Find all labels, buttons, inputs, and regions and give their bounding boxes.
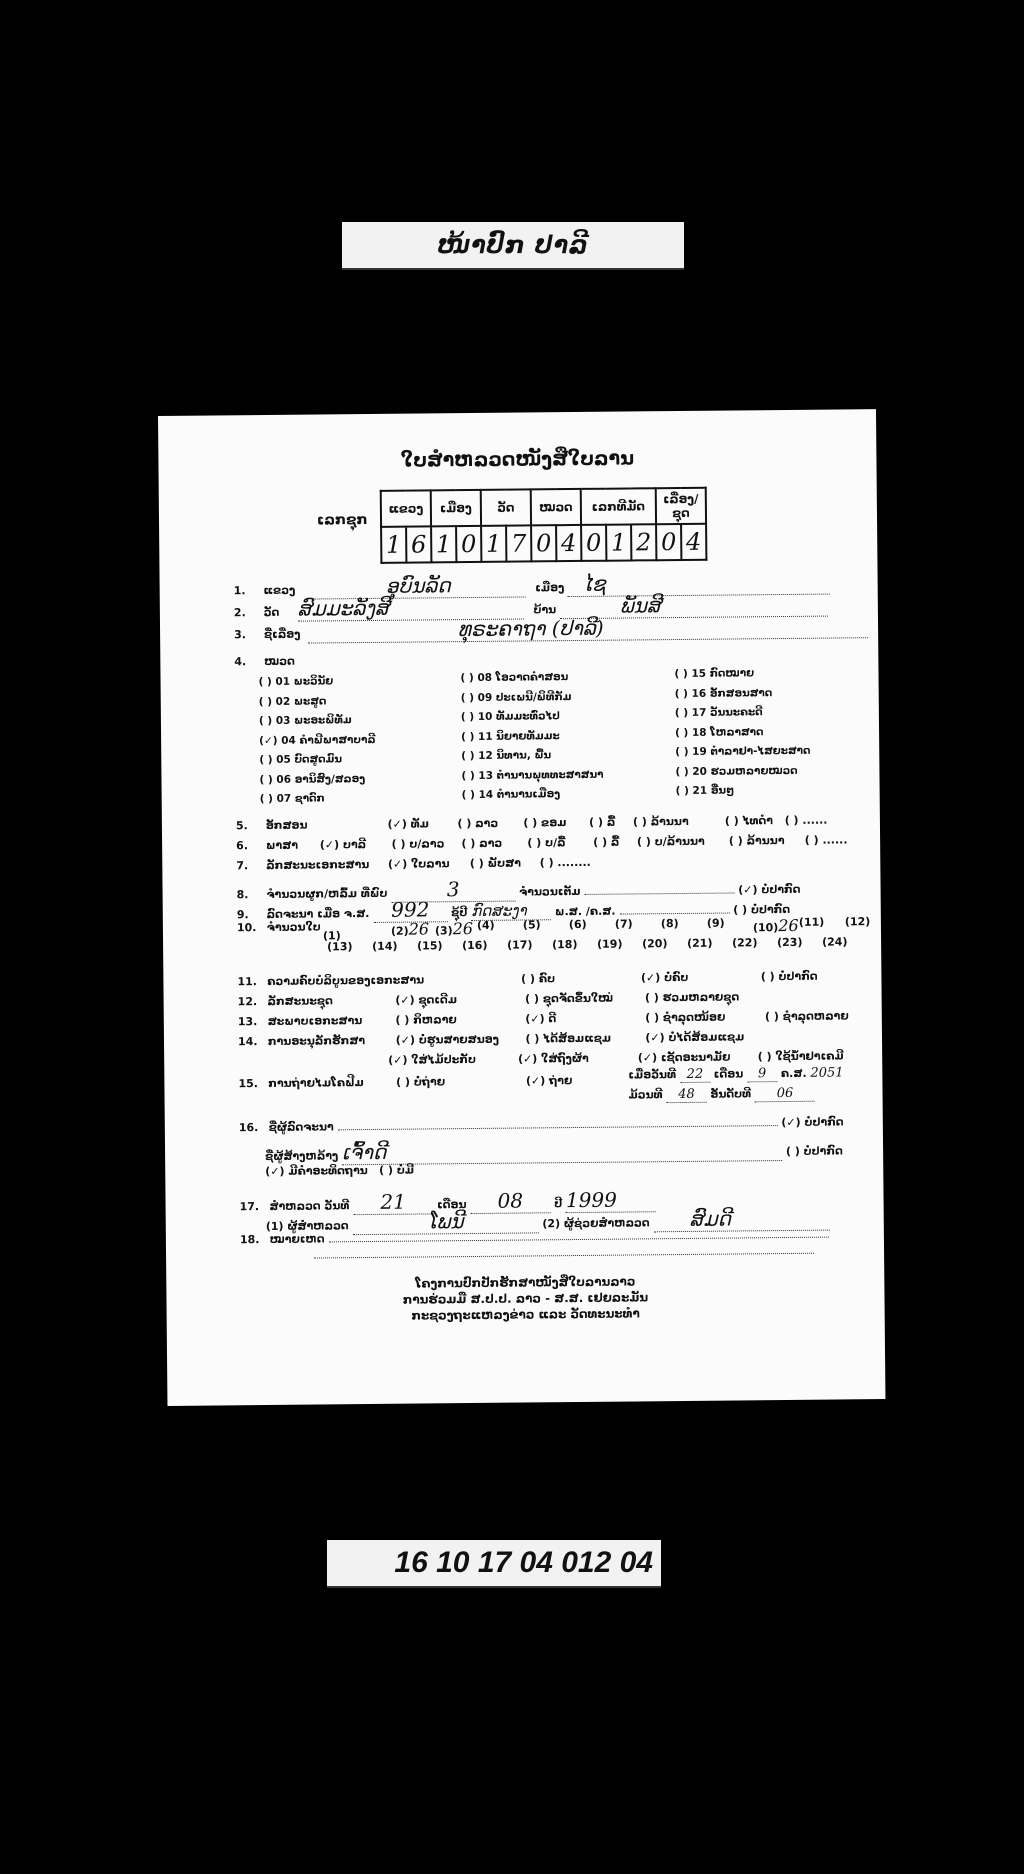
language-option[interactable]: ( ) ລື້ xyxy=(593,835,633,848)
condition-option[interactable]: (✓) ດີ xyxy=(525,1011,641,1025)
form-footer: ໂຄງການປົກປັກຮັກສາໜັງສືໃບລານລາວ ການຮ່ວມມື… xyxy=(166,1271,884,1326)
code-digit: 4 xyxy=(681,524,706,560)
field-completeness: 11. ຄວາມຄົບບໍລິບູນຂອງເອກະສານ ( ) ຄົບ (✓)… xyxy=(237,970,817,989)
field-conservation-row2: (✓) ໃສ່ໄມ້ປະກັບ (✓) ໃສ່ຖົງຜ້າ (✓) ເຊັດອະ… xyxy=(388,1049,844,1066)
category-option-09[interactable]: ( ) 09 ປະເພນີ/ພິທີກັມ xyxy=(461,687,603,708)
category-option-19[interactable]: ( ) 19 ຕຳລາຢາ-ໄສຍະສາດ xyxy=(675,742,810,763)
category-option-10[interactable]: ( ) 10 ທັມມະທົ່ວໄປ xyxy=(461,707,603,728)
conservation-option[interactable]: (✓) ເຊັດອະນາມັຍ xyxy=(638,1050,754,1064)
written-date-status[interactable]: ( ) ບໍ່ປາກົດ xyxy=(733,903,790,917)
category-option-16[interactable]: ( ) 16 ອັກສອນສາດ xyxy=(675,683,810,704)
form-title: ໃບສຳຫລວດໜັງສືໃບລານ xyxy=(158,445,876,474)
code-header-story: ເລື່ອງ/ຊຸດ xyxy=(656,488,706,524)
category-option-03[interactable]: ( ) 03 ພະອະພິທັມ xyxy=(259,711,376,732)
script-option[interactable]: ( ) ລື້ xyxy=(589,815,629,828)
conservation-option[interactable]: ( ) ໃຊ້ນ້ຳຢາເຄມີ xyxy=(758,1049,844,1063)
category-option-18[interactable]: ( ) 18 ໂຫລາສາດ xyxy=(675,722,810,743)
category-option-13[interactable]: ( ) 13 ຕຳນານພຸທທະສາສນາ xyxy=(461,765,603,786)
code-header-temple: ວັດ xyxy=(481,489,531,525)
order-number: 06 xyxy=(777,1086,794,1101)
conservation-option[interactable]: ( ) ໄດ້ສ້ອມແຊມ xyxy=(525,1031,641,1045)
set-type-option[interactable]: (✓) ຊຸດເດີມ xyxy=(395,993,521,1007)
category-option-20[interactable]: ( ) 20 ຮວມຫລາຍໝວດ xyxy=(675,761,810,782)
survey-form: ໃບສຳຫລວດໜັງສືໃບລານ ເລກຊຸກ ແຂວງ ເມືອງ ວັດ… xyxy=(158,409,885,1406)
surveyor-1: ໂພນີ xyxy=(427,1209,463,1233)
conservation-option[interactable]: (✓) ໃສ່ຖົງຜ້າ xyxy=(518,1051,634,1065)
condition-option[interactable]: ( ) ຊຳລຸດຫລາຍ xyxy=(765,1009,849,1023)
category-option-12[interactable]: ( ) 12 ນິທານ, ພື້ນ xyxy=(461,746,603,767)
category-option-08[interactable]: ( ) 08 ໂອວາດຄຳສອນ xyxy=(460,668,602,689)
microfilm-month: 9 xyxy=(758,1066,766,1081)
material-option[interactable]: (✓) ໃບລານ xyxy=(388,857,466,871)
category-option-21[interactable]: ( ) 21 ອື່ນໆ xyxy=(676,781,811,802)
field-script: 5. ອັກສອນ (✓) ທັມ ( ) ລາວ ( ) ຂອມ ( ) ລື… xyxy=(236,814,828,833)
category-option-07[interactable]: ( ) 07 ຊາດົກ xyxy=(260,789,377,810)
code-digit: 6 xyxy=(406,526,431,562)
code-digit: 4 xyxy=(556,525,581,561)
material-option[interactable]: ( ) ພັບສາ xyxy=(470,856,536,870)
title-value: ທຸຣະຄາຖາ (ປາລີ) xyxy=(308,613,868,643)
code-digit: 0 xyxy=(531,525,556,561)
field-language: 6. ພາສາ (✓) ບາລີ ( ) ບ/ລາວ ( ) ລາວ ( ) ບ… xyxy=(236,833,847,852)
category-col1[interactable]: ( ) 01 ພະວິນັຍ ( ) 02 ພະສູດ ( ) 03 ພະອະພ… xyxy=(258,672,376,810)
remarks-line-2[interactable] xyxy=(314,1253,814,1259)
category-col2[interactable]: ( ) 08 ໂອວາດຄຳສອນ ( ) 09 ປະເພນີ/ພິທີກັມ … xyxy=(460,668,603,806)
condition-option[interactable]: ( ) ຊຳລຸດໜ້ອຍ xyxy=(645,1010,761,1024)
code-header-category: ໝວດ xyxy=(531,489,581,525)
category-option-11[interactable]: ( ) 11 ນິຍາຍທັມມະ xyxy=(461,726,603,747)
conservation-option[interactable]: (✓) ບໍ່ຮູນສາຍສນອງ xyxy=(396,1033,522,1047)
category-option-15[interactable]: ( ) 15 ກົດໝາຍ xyxy=(674,664,809,685)
author-status[interactable]: (✓) ບໍ່ປາກົດ xyxy=(781,1115,843,1129)
roll-number: 48 xyxy=(678,1087,695,1102)
field-microfilm: 15. ການຖ່າຍໄມໂຄຟີມ ( ) ບໍ່ຖ່າຍ (✓) ຖ່າຍ xyxy=(238,1073,642,1090)
condition-option[interactable]: ( ) ກິຫລາຍ xyxy=(395,1013,521,1027)
completeness-option[interactable]: (✓) ບໍ່ຄົບ xyxy=(641,970,757,984)
surveyor-2: ສົມດີ xyxy=(689,1207,731,1231)
code-digit: 1 xyxy=(431,526,456,562)
field-sponsor: ຊື່ຜູ້ສ້າງຫລ້າງ ເຈົ້າດີ ( ) ບໍ່ປາກົດ xyxy=(265,1135,843,1166)
category-option-04[interactable]: (✓) 04 ຄຳພີພາສາບາລີ xyxy=(259,730,376,751)
language-option[interactable]: ( ) ບ/ລື້ xyxy=(527,836,589,850)
code-digit: 1 xyxy=(481,526,506,562)
conservation-option[interactable]: (✓) ໃສ່ໄມ້ປະກັບ xyxy=(388,1053,514,1067)
remarks-line-1[interactable] xyxy=(328,1237,828,1243)
code-digit: 1 xyxy=(381,527,406,563)
microfilm-day: 22 xyxy=(687,1067,704,1082)
category-option-17[interactable]: ( ) 17 ວັນນະຄະດີ xyxy=(675,703,810,724)
microfilm-option[interactable]: ( ) ບໍ່ຖ່າຍ xyxy=(396,1075,522,1089)
category-option-02[interactable]: ( ) 02 ພະສູດ xyxy=(259,691,376,712)
script-option[interactable]: ( ) ຂອມ xyxy=(523,816,585,830)
microfilm-date: ເມື່ອວັນທີ 22 ເດືອນ 9 ຄ.ສ. 2051 xyxy=(628,1065,843,1083)
category-option-01[interactable]: ( ) 01 ພະວິນັຍ xyxy=(258,672,375,693)
language-option[interactable]: (✓) ບາລີ xyxy=(320,838,388,852)
field-set-type: 12. ລັກສະນະຊຸດ (✓) ຊຸດເດີມ ( ) ຊຸດຈັດຂຶ້… xyxy=(238,990,740,1008)
bottom-label: 16 10 17 04 012 04 xyxy=(327,1540,661,1588)
field-condition: 13. ສະພາບເອກະສານ ( ) ກິຫລາຍ (✓) ດີ ( ) ຊ… xyxy=(238,1009,849,1028)
category-option-14[interactable]: ( ) 14 ຕຳນານເມືອງ xyxy=(462,785,604,806)
script-option[interactable]: (✓) ທັມ xyxy=(388,817,454,831)
category-option-06[interactable]: ( ) 06 ອານິສົງ/ສລອງ xyxy=(259,769,376,790)
microfilm-option[interactable]: (✓) ຖ່າຍ xyxy=(526,1073,642,1087)
era-year-value: ກົດສະງາ xyxy=(471,901,527,920)
code-digit: 0 xyxy=(456,526,481,562)
code-header-bundle: ເລກທີມັດ xyxy=(581,488,656,525)
language-option[interactable]: ( ) ບ/ລາວ xyxy=(392,837,458,851)
top-label: ໜ້າປົກ ປາລີ xyxy=(342,222,684,270)
field-prayer: (✓) ມີຄຳອະທິດຖານ ( ) ບໍ່ມີ xyxy=(265,1164,414,1178)
completeness-option[interactable]: ( ) ຄົບ xyxy=(521,971,637,985)
field-author: 16. ຊື່ຜູ້ລົດຈະນາ (✓) ບໍ່ປາກົດ xyxy=(239,1115,844,1134)
code-table: ແຂວງ ເມືອງ ວັດ ໝວດ ເລກທີມັດ ເລື່ອງ/ຊຸດ 1… xyxy=(380,487,708,564)
script-option[interactable]: ( ) ລາວ xyxy=(457,817,519,831)
set-type-option[interactable]: ( ) ຮວມຫລາຍຊຸດ xyxy=(645,990,739,1004)
sponsor-status[interactable]: ( ) ບໍ່ປາກົດ xyxy=(786,1144,843,1158)
language-option[interactable]: ( ) ...... xyxy=(805,833,848,846)
language-option[interactable]: ( ) ລາວ xyxy=(461,837,523,851)
code-digit: 1 xyxy=(606,524,631,560)
code-digit: 2 xyxy=(631,524,656,560)
cs-year-value: 992 xyxy=(391,897,429,921)
sponsor-value: ເຈົ້າດີ xyxy=(342,1140,386,1164)
script-option[interactable]: ( ) ລ້ານນາ xyxy=(633,815,721,829)
code-header-province: ແຂວງ xyxy=(381,490,431,526)
category-option-05[interactable]: ( ) 05 ບົດສູດມົນ xyxy=(259,750,376,771)
code-digit: 7 xyxy=(506,525,531,561)
field-material: 7. ລັກສະນະເອກະສານ (✓) ໃບລານ ( ) ພັບສາ ( … xyxy=(236,856,591,872)
code-digit: 0 xyxy=(581,525,606,561)
material-option[interactable]: ( ) ........ xyxy=(540,856,591,869)
microfilm-year: 2051 xyxy=(810,1065,843,1080)
prayer-option-no[interactable]: ( ) ບໍ່ມີ xyxy=(379,1164,414,1177)
section-category: 4. ໝວດ xyxy=(234,655,295,669)
microfilm-roll: ມ້ວນທີ 48 ອັນດັບທີ 06 xyxy=(628,1086,815,1104)
field-conservation: 14. ການອະນຸລັກຮັກສາ (✓) ບໍ່ຮູນສາຍສນອງ ( … xyxy=(238,1030,744,1048)
conservation-option[interactable]: (✓) ບໍ່ໄດ້ສ້ອມແຊມ xyxy=(645,1030,744,1044)
completeness-option[interactable]: ( ) ບໍ່ປາກົດ xyxy=(761,970,818,984)
script-option[interactable]: ( ) ໄທດຳ xyxy=(725,814,781,828)
language-option[interactable]: ( ) ລ້ານນາ xyxy=(729,834,801,848)
set-type-option[interactable]: ( ) ຊຸດຈັດຂຶ້ນໃໝ່ xyxy=(525,991,641,1005)
code-header-district: ເມືອງ xyxy=(431,490,481,526)
script-option[interactable]: ( ) ...... xyxy=(785,814,828,827)
prayer-option-yes[interactable]: (✓) ມີຄຳອະທິດຖານ xyxy=(265,1164,375,1178)
code-label: ເລກຊຸກ xyxy=(317,512,368,528)
field-title: 3. ຊື່ເລື່ອງ ທຸຣະຄາຖາ (ປາລີ) xyxy=(234,613,868,644)
code-digit: 0 xyxy=(656,524,681,560)
category-col3[interactable]: ( ) 15 ກົດໝາຍ ( ) 16 ອັກສອນສາດ ( ) 17 ວັ… xyxy=(674,664,811,802)
language-option[interactable]: ( ) ບ/ລ້ານນາ xyxy=(637,835,725,849)
field-leaf-count: 10. ຈຳນວນໃບ xyxy=(237,920,325,934)
